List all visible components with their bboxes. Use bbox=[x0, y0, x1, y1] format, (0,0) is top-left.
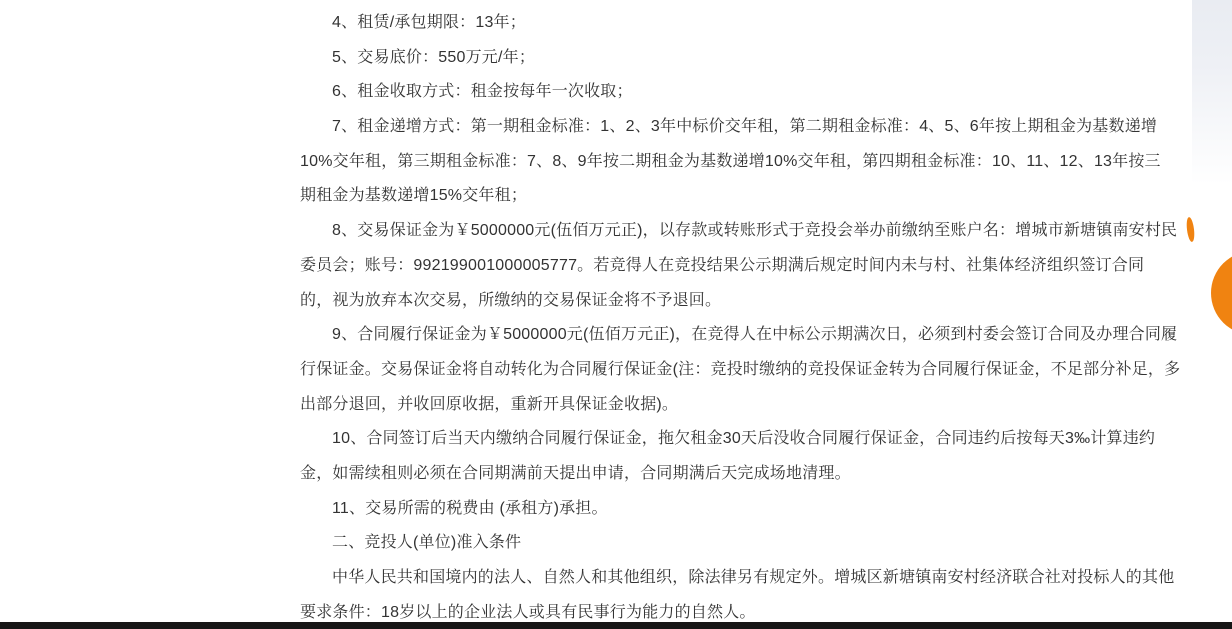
document-line: 8、交易保证金为￥5000000元(伍佰万元正)，以存款或转账形式于竞投会举办前… bbox=[300, 214, 1188, 249]
document-line: 9、合同履行保证金为￥5000000元(伍佰万元正)，在竞得人在中标公示期满次日… bbox=[300, 318, 1188, 353]
document-line: 的，视为放弃本次交易，所缴纳的交易保证金将不予退回。 bbox=[300, 284, 1188, 319]
document-line: 中华人民共和国境内的法人、自然人和其他组织，除法律另有规定外。增城区新塘镇南安村… bbox=[300, 561, 1188, 596]
document-line: 出部分退回，并收回原收据，重新开具保证金收据)。 bbox=[300, 388, 1188, 423]
document-line: 金，如需续租则必须在合同期满前天提出申请，合同期满后天完成场地清理。 bbox=[300, 457, 1188, 492]
document-line: 11、交易所需的税费由 (承租方)承担。 bbox=[300, 492, 1188, 527]
document-line: 10%交年租，第三期租金标准：7、8、9年按二期租金为基数递增10%交年租，第四… bbox=[300, 145, 1188, 180]
document-line: 5、交易底价：550万元/年； bbox=[300, 41, 1188, 76]
document-line: 二、竞投人(单位)准入条件 bbox=[300, 526, 1188, 561]
document-line: 期租金为基数递增15%交年租； bbox=[300, 179, 1188, 214]
document-line: 6、租金收取方式：租金按每年一次收取； bbox=[300, 75, 1188, 110]
bottom-bar bbox=[0, 622, 1232, 629]
notice-document-body: 4、租赁/承包期限：13年；5、交易底价：550万元/年；6、租金收取方式：租金… bbox=[300, 0, 1188, 629]
document-line: 行保证金。交易保证金将自动转化为合同履行保证金(注：竞投时缴纳的竞投保证金转为合… bbox=[300, 353, 1188, 388]
document-line: 委员会；账号：992199001000005777。若竞得人在竞投结果公示期满后… bbox=[300, 249, 1188, 284]
page-viewport: 4、租赁/承包期限：13年；5、交易底价：550万元/年；6、租金收取方式：租金… bbox=[0, 0, 1232, 629]
banner-edge-gradient bbox=[1192, 0, 1232, 185]
document-line: 4、租赁/承包期限：13年； bbox=[300, 6, 1188, 41]
document-line: 7、租金递增方式：第一期租金标准：1、2、3年中标价交年租，第二期租金标准：4、… bbox=[300, 110, 1188, 145]
document-line: 10、合同签订后当天内缴纳合同履行保证金，拖欠租金30天后没收合同履行保证金，合… bbox=[300, 422, 1188, 457]
floating-widget-button[interactable] bbox=[1211, 251, 1232, 335]
